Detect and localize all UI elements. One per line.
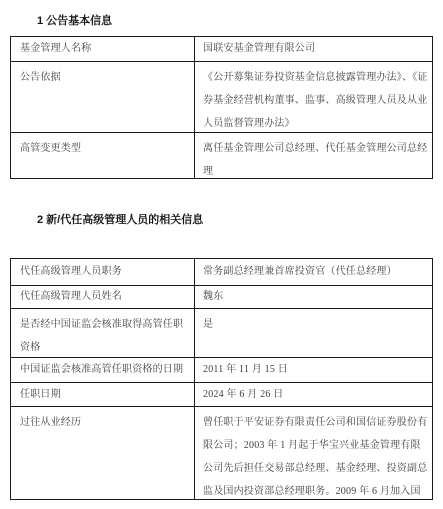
table-row: 高管变更类型 离任基金管理公司总经理、代任基金管理公司总经理: [11, 133, 432, 178]
row-value: 2011 年 11 月 15 日: [195, 358, 432, 382]
row-value: 魏东: [195, 286, 432, 308]
table-row: 是否经中国证监会核准取得高管任职资格 是: [11, 309, 432, 358]
section-2-title: 2 新/代任高级管理人员的相关信息: [37, 211, 203, 227]
table-row: 代任高级管理人员姓名 魏东: [11, 286, 432, 309]
announcement-page: 1 公告基本信息 基金管理人名称 国联安基金管理有限公司 公告依据 《公开募集证…: [0, 0, 443, 509]
row-value: 曾任职于平安证券有限责任公司和国信证券股份有限公司；2003 年 1 月起于华宝…: [195, 407, 432, 499]
row-label: 中国证监会核准高管任职资格的日期: [11, 358, 195, 382]
table-row: 代任高级管理人员职务 常务副总经理兼首席投资官（代任总经理）: [11, 259, 432, 286]
basic-info-table: 基金管理人名称 国联安基金管理有限公司 公告依据 《公开募集证券投资基金信息披露…: [10, 36, 433, 179]
table-row: 中国证监会核准高管任职资格的日期 2011 年 11 月 15 日: [11, 358, 432, 383]
table-row: 基金管理人名称 国联安基金管理有限公司: [11, 37, 432, 62]
row-value: 是: [195, 309, 432, 357]
row-label: 过往从业经历: [11, 407, 195, 499]
row-value: 2024 年 6 月 26 日: [195, 383, 432, 406]
row-label: 任职日期: [11, 383, 195, 406]
row-label: 是否经中国证监会核准取得高管任职资格: [11, 309, 195, 357]
manager-info-table: 代任高级管理人员职务 常务副总经理兼首席投资官（代任总经理） 代任高级管理人员姓…: [10, 258, 433, 500]
row-label: 高管变更类型: [11, 133, 195, 178]
row-label: 基金管理人名称: [11, 37, 195, 61]
table-row: 过往从业经历 曾任职于平安证券有限责任公司和国信证券股份有限公司；2003 年 …: [11, 407, 432, 499]
row-value: 离任基金管理公司总经理、代任基金管理公司总经理: [195, 133, 432, 178]
table-row: 公告依据 《公开募集证券投资基金信息披露管理办法》、《证券基金经营机构董事、监事…: [11, 62, 432, 133]
row-label: 公告依据: [11, 62, 195, 132]
row-label: 代任高级管理人员姓名: [11, 286, 195, 308]
row-value: 《公开募集证券投资基金信息披露管理办法》、《证券基金经营机构董事、监事、高级管理…: [195, 62, 432, 132]
row-value: 常务副总经理兼首席投资官（代任总经理）: [195, 259, 432, 285]
section-1-title: 1 公告基本信息: [37, 12, 112, 28]
row-value: 国联安基金管理有限公司: [195, 37, 432, 61]
table-row: 任职日期 2024 年 6 月 26 日: [11, 383, 432, 407]
row-label: 代任高级管理人员职务: [11, 259, 195, 285]
